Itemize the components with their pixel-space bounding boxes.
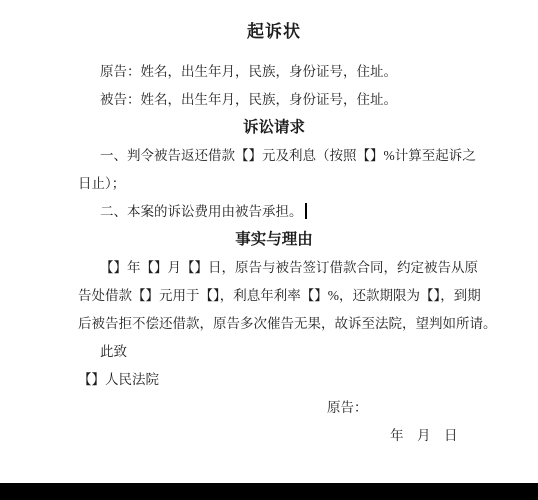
defendant-info-line[interactable]: 被告：姓名，出生年月，民族，身份证号，住址。: [78, 86, 498, 114]
claims-section-heading[interactable]: 诉讼请求: [64, 114, 484, 142]
claim-item-1-line-2[interactable]: 日止）；: [78, 170, 498, 198]
facts-line-2[interactable]: 告处借款【】元用于【】，利息年利率【】%，还款期限为【】，到期: [78, 282, 498, 310]
editable-document-body[interactable]: 起诉状 原告：姓名，出生年月，民族，身份证号，住址。 被告：姓名，出生年月，民族…: [78, 12, 498, 450]
bottom-black-edge-bar: [0, 483, 538, 500]
facts-line-1[interactable]: 【】年【】月【】日，原告与被告签订借款合同，约定被告从原: [78, 254, 498, 282]
document-page[interactable]: 起诉状 原告：姓名，出生年月，民族，身份证号，住址。 被告：姓名，出生年月，民族…: [0, 0, 538, 500]
facts-section-heading[interactable]: 事实与理由: [64, 226, 484, 254]
claim-item-1-line-1[interactable]: 一、判令被告返还借款【】元及利息（按照【】%计算至起诉之: [78, 142, 498, 170]
date-placeholder-line[interactable]: 年 月 日: [390, 422, 498, 450]
signature-label-line[interactable]: 原告：: [327, 394, 498, 422]
claim-item-2-line[interactable]: 二、本案的诉讼费用由被告承担。: [78, 198, 498, 226]
plaintiff-info-line[interactable]: 原告：姓名，出生年月，民族，身份证号，住址。: [78, 58, 498, 86]
court-name-line[interactable]: 【】人民法院: [78, 366, 498, 394]
text-cursor-caret: [305, 203, 307, 219]
facts-line-3[interactable]: 后被告拒不偿还借款，原告多次催告无果，故诉至法院，望判如所请。: [78, 310, 498, 338]
claim-item-2-text: 二、本案的诉讼费用由被告承担。: [100, 204, 303, 219]
document-title[interactable]: 起诉状: [64, 18, 484, 46]
closing-salute-line[interactable]: 此致: [78, 338, 498, 366]
